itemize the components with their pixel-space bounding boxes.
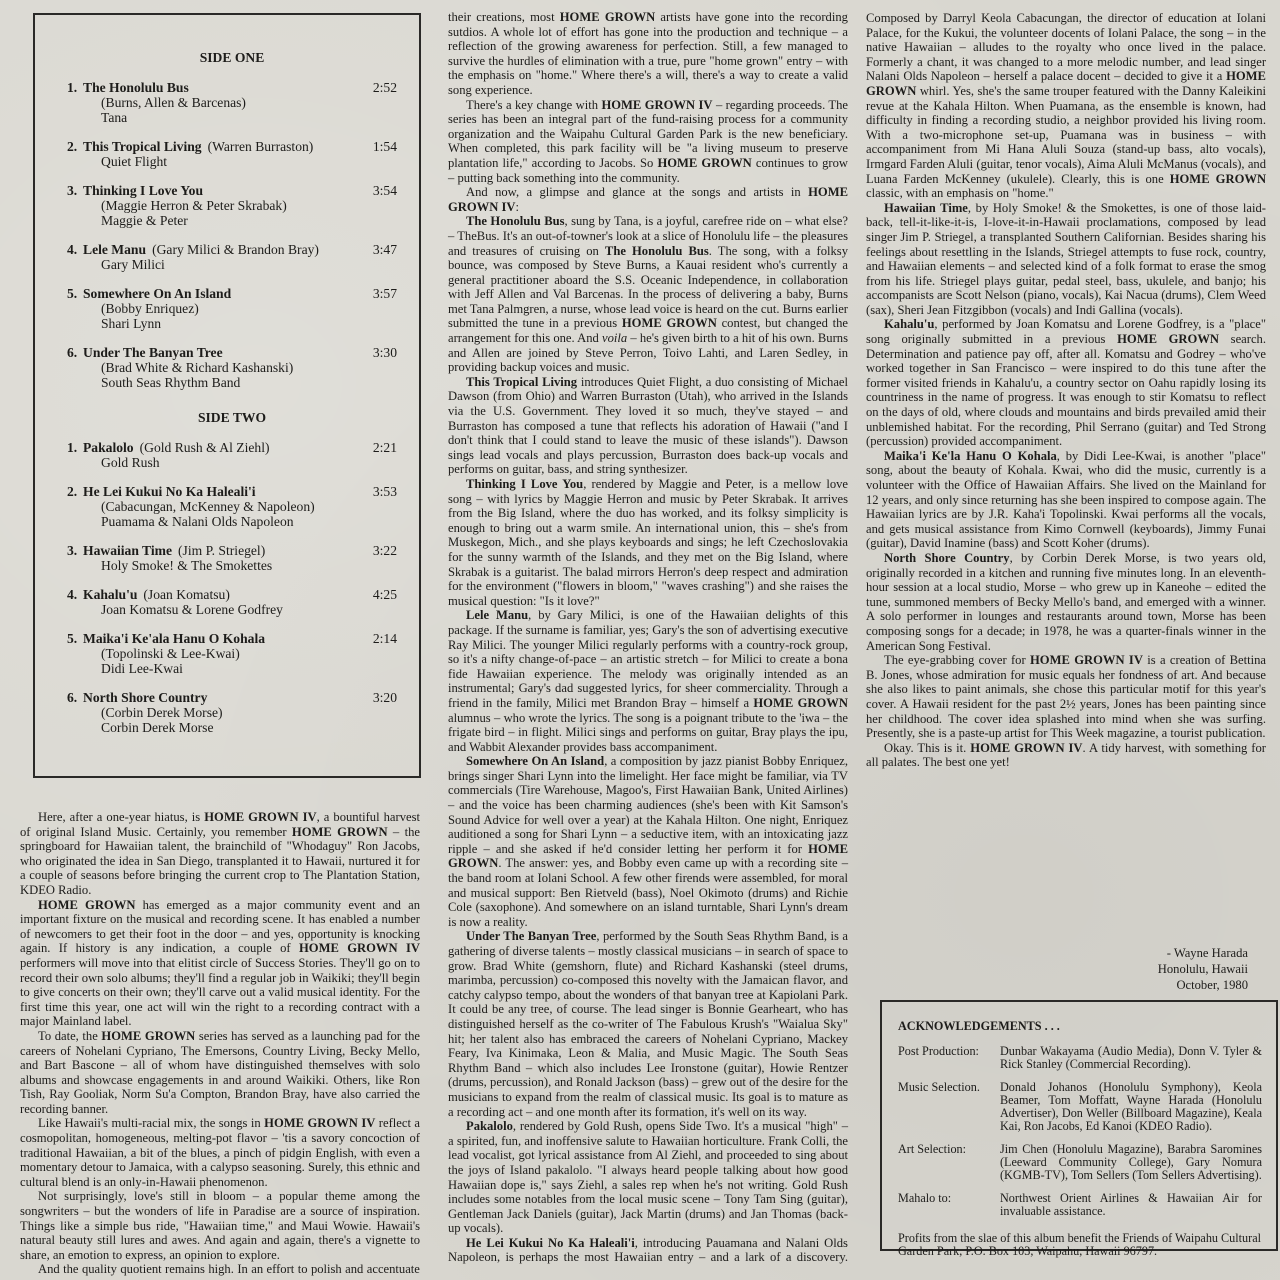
body-text: by bbox=[925, 11, 938, 25]
body-text: polish bbox=[311, 1262, 342, 1276]
body-text: with bbox=[1244, 128, 1266, 142]
body-text: Hana bbox=[1007, 142, 1034, 156]
body-text: in bbox=[1150, 128, 1160, 142]
acknowledgement-row: Mahalo to:Northwest Orient Airlines & Ha… bbox=[898, 1192, 1262, 1218]
track-number: 5. bbox=[67, 286, 83, 301]
body-text: , a composition by jazz pianist Bobby En… bbox=[448, 754, 848, 856]
body-text: there's bbox=[619, 68, 651, 82]
body-text: emphasis bbox=[468, 68, 515, 82]
body-text bbox=[966, 40, 973, 54]
emphasis-text: Lele Manu bbox=[466, 608, 528, 622]
body-text: to bbox=[298, 1262, 308, 1276]
emphasis-text: Kukui bbox=[509, 1236, 543, 1250]
track-heading-line: 6.North Shore Country bbox=[67, 690, 397, 705]
emphasis-text: HOME GROWN IV bbox=[299, 941, 420, 955]
body-text: she's bbox=[977, 84, 1001, 98]
track-title: This Tropical Living bbox=[83, 139, 202, 154]
track-item: 1.Pakalolo(Gold Rush & Al Ziehl)2:21Gold… bbox=[67, 440, 397, 470]
body-text: quality bbox=[82, 1262, 117, 1276]
liner-notes-paragraph: Here, after a one-year hiatus, is HOME G… bbox=[20, 810, 420, 898]
body-text: Where bbox=[581, 68, 615, 82]
track-heading-line: 1.Pakalolo(Gold Rush & Al Ziehl) bbox=[67, 440, 397, 455]
body-text: and bbox=[1188, 55, 1206, 69]
track-songwriters: (Warren Burraston) bbox=[208, 139, 314, 154]
body-text: the bbox=[518, 39, 533, 53]
body-text: the bbox=[489, 54, 504, 68]
track-number: 4. bbox=[67, 587, 83, 602]
body-text: Nalani bbox=[866, 69, 900, 83]
track-songwriters: (Gold Rush & Al Ziehl) bbox=[140, 440, 270, 455]
body-text: more bbox=[1067, 55, 1093, 69]
body-text: . The answer: yes, and Bobby even came u… bbox=[448, 856, 848, 928]
track-number: 3. bbox=[67, 183, 83, 198]
liner-notes-paragraph: Maika'i Ke'la Hanu O Kohala, by Didi Lee… bbox=[866, 449, 1266, 551]
emphasis-text: The Honolulu Bus bbox=[466, 214, 565, 228]
body-text: Nalani bbox=[786, 1236, 820, 1250]
body-text: create bbox=[779, 68, 809, 82]
acknowledgements-footer: Profits from the slae of this album bene… bbox=[898, 1232, 1262, 1258]
body-text: and bbox=[763, 1236, 781, 1250]
body-text: at bbox=[899, 99, 908, 113]
body-text: , performed by the South Seas Rhythm Ban… bbox=[448, 929, 848, 1118]
body-text: royalty bbox=[1056, 40, 1092, 54]
body-text: discovery. bbox=[797, 1250, 848, 1264]
emphasis-text: Somewhere On An Island bbox=[466, 754, 604, 768]
track-title: He Lei Kukui No Ka Haleali'i bbox=[83, 484, 256, 499]
track-number: 3. bbox=[67, 543, 83, 558]
body-text: to bbox=[838, 39, 848, 53]
body-text: of bbox=[502, 39, 513, 53]
emphasis-text: HOME GROWN IV bbox=[204, 810, 316, 824]
body-text: studio, bbox=[1036, 113, 1070, 127]
body-text: living bbox=[1202, 113, 1231, 127]
body-text: Not surprisingly, love's still in bloom … bbox=[20, 1189, 420, 1261]
track-title: Maika'i Ke'ala Hanu O Kohala bbox=[83, 631, 265, 646]
emphasis-text: No bbox=[548, 1236, 563, 1250]
track-number: 4. bbox=[67, 242, 83, 257]
body-text: Farden bbox=[904, 172, 939, 186]
body-text: the bbox=[448, 68, 463, 82]
body-text: palace bbox=[1041, 69, 1073, 83]
body-text: an bbox=[251, 1262, 263, 1276]
body-text: – bbox=[960, 40, 966, 54]
body-text: docents bbox=[1052, 26, 1090, 40]
track-item: 2.This Tropical Living(Warren Burraston)… bbox=[67, 139, 397, 169]
body-text: Napoleon, bbox=[448, 1250, 500, 1264]
body-text: accentuate bbox=[367, 1262, 420, 1276]
body-text: Olds bbox=[824, 1236, 848, 1250]
body-text: the bbox=[1208, 40, 1223, 54]
body-text: , rendered by Maggie and Peter, is a mel… bbox=[448, 477, 848, 608]
emphasis-text: Thinking I Love You bbox=[466, 477, 583, 491]
acknowledgements-box: ACKNOWLEDGEMENTS . . . Post Production:D… bbox=[880, 1000, 1278, 1251]
body-text: (stand-up bbox=[1113, 142, 1161, 156]
acknowledgements-list: Post Production:Dunbar Wakayama (Audio M… bbox=[898, 1045, 1262, 1218]
body-text: of bbox=[1094, 26, 1105, 40]
body-text: Palace, bbox=[866, 26, 902, 40]
body-text: accompaniment bbox=[866, 142, 946, 156]
body-text: artists bbox=[660, 10, 690, 24]
emphasis-text: North Shore Country bbox=[884, 551, 1010, 565]
track-songwriters: (Cabacungan, McKenney & Napoleon) bbox=[67, 499, 397, 514]
body-text: a bbox=[1057, 55, 1063, 69]
track-artist: Gold Rush bbox=[67, 455, 397, 470]
body-text: perhaps bbox=[519, 1250, 558, 1264]
track-artist: Puamama & Nalani Olds Napoleon bbox=[67, 514, 397, 529]
emphasis-text: HOME bbox=[1226, 69, 1266, 83]
body-text: lark bbox=[745, 1250, 765, 1264]
body-text: growing bbox=[538, 39, 580, 53]
track-songwriters: (Brad White & Richard Kashanski) bbox=[67, 360, 397, 375]
body-text bbox=[1184, 40, 1191, 54]
acknowledgement-value: Dunbar Wakayama (Audio Media), Donn V. T… bbox=[1000, 1045, 1262, 1071]
track-heading-line: 5.Somewhere On An Island bbox=[67, 286, 397, 301]
body-text: the bbox=[779, 10, 794, 24]
body-text: the bbox=[1087, 11, 1102, 25]
body-text: awareness bbox=[586, 39, 638, 53]
body-text: have bbox=[696, 10, 720, 24]
track-item: 5.Somewhere On An Island3:57(Bobby Enriq… bbox=[67, 286, 397, 331]
body-text bbox=[1214, 128, 1226, 142]
body-text: Aluli bbox=[947, 157, 973, 171]
track-duration: 3:22 bbox=[373, 543, 397, 558]
body-text: reflection bbox=[448, 39, 496, 53]
liner-notes-paragraph: The eye-grabbing cover for HOME GROWN IV… bbox=[866, 653, 1266, 741]
body-text: Aluli bbox=[1041, 142, 1067, 156]
body-text: with bbox=[826, 54, 848, 68]
emphasis-text: Pakalolo bbox=[466, 1119, 513, 1133]
liner-notes-paragraph: Not surprisingly, love's still in bloom … bbox=[20, 1189, 420, 1262]
body-text bbox=[1049, 128, 1061, 142]
body-text: managed bbox=[787, 39, 832, 53]
body-text: the bbox=[564, 1250, 579, 1264]
body-text: director bbox=[1108, 11, 1147, 25]
body-text: remains bbox=[165, 1262, 205, 1276]
body-text bbox=[1091, 40, 1098, 54]
liner-notes-paragraph: Okay. This is it. HOME GROWN IV. A tidy … bbox=[866, 741, 1266, 770]
body-text: hurdles bbox=[507, 54, 544, 68]
body-text: volunteer bbox=[1000, 26, 1048, 40]
body-text: for bbox=[643, 39, 658, 53]
track-songwriters: (Jim P. Striegel) bbox=[178, 543, 265, 558]
body-text: was bbox=[973, 55, 993, 69]
body-text: with bbox=[906, 186, 928, 200]
emphasis-text: HOME bbox=[560, 10, 600, 24]
body-text: whirl. bbox=[920, 84, 950, 98]
track-number: 1. bbox=[67, 80, 83, 95]
body-text: emphasis bbox=[946, 186, 993, 200]
emphasis-text: HOME GROWN bbox=[753, 696, 848, 710]
liner-notes-column-middle: their creations, most HOME GROWN artists… bbox=[448, 10, 848, 1265]
body-text: Palace, bbox=[1141, 26, 1177, 40]
track-artist: Tana bbox=[67, 110, 397, 125]
body-text: whole bbox=[503, 25, 534, 39]
body-text: pure bbox=[684, 54, 706, 68]
track-item: 6.Under The Banyan Tree3:30(Brad White &… bbox=[67, 345, 397, 390]
body-text: Yes, bbox=[953, 84, 974, 98]
track-item: 6.North Shore Country3:20(Corbin Derek M… bbox=[67, 690, 397, 735]
body-text: the bbox=[1005, 84, 1020, 98]
track-item: 4.Lele Manu(Gary Milici & Brandon Bray)3… bbox=[67, 242, 397, 272]
body-text bbox=[897, 40, 904, 54]
body-text: Kahala bbox=[933, 99, 969, 113]
emphasis-text: Haleali'i bbox=[589, 1236, 634, 1250]
liner-notes-paragraph: Hawaiian Time, by Holy Smoke! & the Smok… bbox=[866, 201, 1266, 318]
liner-notes-paragraph-continued: their creations, most HOME GROWN artists… bbox=[448, 10, 848, 98]
track-item: 3.Thinking I Love You3:54(Maggie Herron … bbox=[67, 183, 397, 228]
body-text: two-microphone bbox=[920, 128, 1003, 142]
track-duration: 3:20 bbox=[373, 690, 397, 705]
track-duration: 4:25 bbox=[373, 587, 397, 602]
body-text: When bbox=[1014, 99, 1044, 113]
body-text: way bbox=[739, 68, 760, 82]
body-text: in bbox=[1237, 26, 1247, 40]
body-text: experience. bbox=[475, 83, 533, 97]
tracklist-box: SIDE ONE 1.The Honolulu Bus2:52(Burns, A… bbox=[33, 13, 421, 778]
body-text: Iolani bbox=[1237, 11, 1266, 25]
track-item: 2.He Lei Kukui No Ka Haleali'i3:53(Cabac… bbox=[67, 484, 397, 529]
body-text bbox=[1224, 40, 1231, 54]
body-text: palace. bbox=[1231, 40, 1266, 54]
body-text: McKenney bbox=[945, 172, 1001, 186]
liner-notes-paragraph: Like Hawaii's multi-racial mix, the song… bbox=[20, 1116, 420, 1189]
emphasis-text: GROWN bbox=[1216, 172, 1266, 186]
emphasis-text: HOME GROWN bbox=[622, 316, 717, 330]
body-text bbox=[1120, 40, 1127, 54]
body-text: perfection. bbox=[663, 39, 717, 53]
body-text: is bbox=[505, 1250, 513, 1264]
body-text: (ukulele). bbox=[1007, 172, 1056, 186]
emphasis-text: HOME GROWN bbox=[101, 1029, 195, 1043]
track-number: 2. bbox=[67, 139, 83, 154]
emphasis-text: He bbox=[466, 1236, 481, 1250]
liner-notes-paragraph: This Tropical Living introduces Quiet Fl… bbox=[448, 375, 848, 477]
track-title: Under The Banyan Tree bbox=[83, 345, 223, 360]
emphasis-text: HOME bbox=[1170, 172, 1210, 186]
acknowledgement-row: Music Selection.Donald Johanos (Honolulu… bbox=[898, 1081, 1262, 1133]
body-text: same bbox=[1024, 84, 1050, 98]
track-title: The Honolulu Bus bbox=[83, 80, 189, 95]
track-songwriters: (Bobby Enriquez) bbox=[67, 301, 397, 316]
body-text: the bbox=[924, 26, 939, 40]
body-text bbox=[891, 128, 903, 142]
body-text: lived bbox=[1159, 40, 1184, 54]
body-text: Souza bbox=[1074, 142, 1105, 156]
body-text: alludes bbox=[973, 40, 1009, 54]
track-songwriters: (Topolinski & Lee-Kwai) bbox=[67, 646, 397, 661]
body-text: it bbox=[1206, 69, 1213, 83]
body-text: The eye-grabbing cover for bbox=[884, 653, 1030, 667]
liner-notes-paragraph: North Shore Country, by Corbin Derek Mor… bbox=[866, 551, 1266, 653]
body-text: to bbox=[1167, 69, 1177, 83]
body-text: McManus bbox=[1147, 157, 1198, 171]
body-text: song bbox=[448, 83, 472, 97]
body-text: gone bbox=[725, 10, 749, 24]
body-text: set-up, bbox=[1015, 128, 1049, 142]
body-text: in bbox=[1191, 40, 1201, 54]
body-text: classic, bbox=[866, 186, 903, 200]
emphasis-text: HOME GROWN bbox=[1117, 332, 1219, 346]
body-text: herself bbox=[994, 69, 1028, 83]
body-text: tenor bbox=[1016, 157, 1042, 171]
body-text: number, bbox=[1142, 55, 1183, 69]
emphasis-text: HOME GROWN IV bbox=[264, 1116, 375, 1130]
body-text: a bbox=[842, 25, 848, 39]
body-text: song bbox=[1200, 26, 1224, 40]
body-text: had bbox=[1248, 99, 1266, 113]
body-text: neighbor bbox=[1084, 113, 1129, 127]
body-text: melodic bbox=[1097, 55, 1138, 69]
body-text: "home." bbox=[1012, 186, 1053, 200]
track-heading-line: 6.Under The Banyan Tree bbox=[67, 345, 397, 360]
track-duration: 2:14 bbox=[373, 631, 397, 646]
body-text: Hawaiian bbox=[614, 1250, 662, 1264]
body-text: true, bbox=[657, 54, 680, 68]
side-two-track-list: 1.Pakalolo(Gold Rush & Al Ziehl)2:21Gold… bbox=[67, 440, 397, 735]
body-text: Napoleon bbox=[931, 69, 980, 83]
body-text: effort bbox=[267, 1262, 295, 1276]
body-text: , by Holy Smoke! & the Smokettes, is one… bbox=[866, 201, 1266, 317]
body-text: Olds bbox=[903, 69, 927, 83]
body-text: Danny bbox=[1182, 84, 1216, 98]
body-text: lead bbox=[1210, 55, 1231, 69]
body-text: the bbox=[1033, 40, 1048, 54]
body-text: decided bbox=[1124, 69, 1163, 83]
body-text: Composed bbox=[866, 11, 920, 25]
side-two-heading: SIDE TWO bbox=[67, 410, 397, 425]
body-text: Cabacungan, bbox=[1016, 11, 1081, 25]
track-artist: Didi Lee-Kwai bbox=[67, 661, 397, 676]
track-songwriters: (Maggie Herron & Peter Skrabak) bbox=[67, 198, 397, 213]
body-text: entry bbox=[787, 54, 813, 68]
body-text: "home bbox=[709, 54, 742, 68]
emphasis-text: Kahalu'u bbox=[884, 317, 934, 331]
body-text: And now, a glimpse and glance at the son… bbox=[466, 185, 808, 199]
body-text: Like Hawaii's multi-racial mix, the song… bbox=[38, 1116, 264, 1130]
body-text: with bbox=[1138, 84, 1160, 98]
track-songwriters: (Burns, Allen & Barcenas) bbox=[67, 95, 397, 110]
body-text: most bbox=[530, 10, 555, 24]
body-text: creations, bbox=[476, 10, 525, 24]
body-text: , by Corbin Derek Morse, is two years ol… bbox=[866, 551, 1266, 653]
body-text: docent bbox=[1077, 69, 1111, 83]
body-text: an bbox=[931, 186, 943, 200]
body-text: give bbox=[1181, 69, 1203, 83]
acknowledgement-row: Art Selection:Jim Chen (Honolulu Magazin… bbox=[898, 1143, 1262, 1182]
acknowledgement-label: Art Selection: bbox=[898, 1143, 1000, 1182]
body-text: production bbox=[697, 25, 752, 39]
body-text: alumnus – who wrote the lyrics. The song… bbox=[448, 711, 848, 754]
emphasis-text: GROWN bbox=[605, 10, 655, 24]
body-text: into bbox=[754, 10, 774, 24]
body-text: And bbox=[38, 1262, 60, 1276]
track-artist: Joan Komatsu & Lorene Godfrey bbox=[67, 602, 397, 617]
body-text: recording bbox=[800, 10, 848, 24]
body-text bbox=[1160, 142, 1168, 156]
body-text: there's bbox=[693, 68, 725, 82]
body-text: performers will move into that elitist c… bbox=[20, 956, 420, 1028]
italic-text: voila bbox=[602, 331, 627, 345]
body-text: ensemble bbox=[1139, 99, 1187, 113]
body-text: known, bbox=[1205, 99, 1242, 113]
body-text: difficulty bbox=[866, 113, 913, 127]
track-heading-line: 3.Hawaiian Time(Jim P. Striegel) bbox=[67, 543, 397, 558]
body-text: "home." bbox=[536, 68, 577, 82]
body-text: on bbox=[519, 68, 532, 82]
body-text: provided bbox=[1134, 113, 1179, 127]
body-text: bass, bbox=[1168, 142, 1193, 156]
body-text: who bbox=[1099, 40, 1121, 54]
body-text: lot bbox=[538, 25, 551, 39]
body-text: introducing bbox=[643, 1236, 701, 1250]
body-text: changed bbox=[997, 55, 1039, 69]
body-text: , by Didi Lee-Kwai, is another "place" s… bbox=[866, 449, 1266, 551]
body-text: and bbox=[756, 25, 774, 39]
track-artist: Holy Smoke! & The Smokettes bbox=[67, 558, 397, 573]
body-text: Darryl bbox=[943, 11, 976, 25]
emphasis-text: Maika'i Ke'la Hanu O Kohala bbox=[884, 449, 1057, 463]
body-text bbox=[1034, 142, 1041, 156]
body-text bbox=[1026, 40, 1033, 54]
track-artist: Corbin Derek Morse bbox=[67, 720, 397, 735]
body-text: few bbox=[763, 39, 782, 53]
emphasis-text: HOME GROWN IV bbox=[601, 98, 712, 112]
body-text: a bbox=[734, 1250, 740, 1264]
liner-notes-paragraph: To date, the HOME GROWN series has serve… bbox=[20, 1029, 420, 1117]
body-text: to bbox=[764, 68, 774, 82]
body-text: : bbox=[516, 200, 520, 214]
track-heading-line: 4.Kahalu'u(Joan Komatsu) bbox=[67, 587, 397, 602]
body-text bbox=[952, 40, 959, 54]
side-one-heading: SIDE ONE bbox=[67, 50, 397, 65]
body-text: a bbox=[1074, 113, 1080, 127]
track-title: Thinking I Love You bbox=[83, 183, 203, 198]
body-text: and bbox=[345, 1262, 363, 1276]
body-text bbox=[1107, 128, 1119, 142]
emphasis-text: HOME GROWN IV bbox=[970, 741, 1082, 755]
liner-notes-paragraph: Pakalolo, rendered by Gold Rush, opens S… bbox=[448, 1119, 848, 1236]
body-text: their bbox=[448, 10, 471, 24]
body-text: A bbox=[491, 25, 499, 39]
body-text: singer bbox=[1235, 55, 1266, 69]
body-text: will, bbox=[666, 68, 689, 82]
track-artist: Shari Lynn bbox=[67, 316, 397, 331]
body-text: In bbox=[237, 1262, 248, 1276]
signature-author: - Wayne Harada bbox=[1090, 945, 1248, 961]
liner-notes-paragraph-continued: Composed by Darryl Keola Cabacungan, the… bbox=[866, 11, 1266, 201]
body-text: the bbox=[981, 26, 996, 40]
track-number: 6. bbox=[67, 345, 83, 360]
signature-date: October, 1980 bbox=[1090, 977, 1248, 993]
track-number: 6. bbox=[67, 690, 83, 705]
track-artist: Quiet Flight bbox=[67, 154, 397, 169]
track-title: Lele Manu bbox=[83, 242, 146, 257]
track-heading-line: 2.He Lei Kukui No Ka Haleali'i bbox=[67, 484, 397, 499]
body-text: Kukui, bbox=[943, 26, 978, 40]
track-number: 5. bbox=[67, 631, 83, 646]
body-text: and bbox=[1248, 157, 1266, 171]
body-text bbox=[1159, 128, 1171, 142]
acknowledgement-value: Northwest Orient Airlines & Hawaiian Air… bbox=[1000, 1192, 1262, 1218]
body-text: a bbox=[917, 55, 923, 69]
body-text: There's a key change with bbox=[466, 98, 601, 112]
body-text: the bbox=[913, 99, 928, 113]
body-text: the bbox=[1251, 26, 1266, 40]
body-text: to bbox=[1043, 55, 1053, 69]
body-text: was bbox=[1118, 128, 1138, 142]
emphasis-text: HOME GROWN bbox=[657, 156, 751, 170]
body-text: effort bbox=[571, 25, 599, 39]
